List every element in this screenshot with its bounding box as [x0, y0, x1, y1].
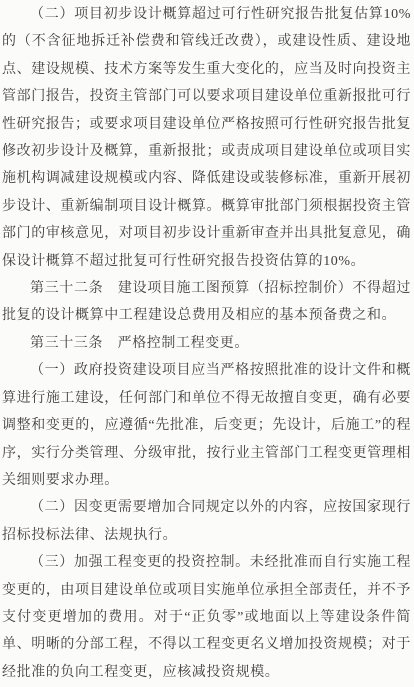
paragraph-item-3-investment-control: （三）加强工程变更的投资控制。未经批准而自行实施工程变更的，由项目建设单位或项目… [2, 549, 411, 686]
paragraph-item-2-changes-beyond-contract: （二）因变更需要增加合同规定以外的内容，应按国家现行招标投标法律、法规执行。 [2, 494, 411, 549]
paragraph-item-1-strict-construction: （一）政府投资建设项目应当严格按照批准的设计文件和概算进行施工建设，任何部门和单… [2, 357, 411, 494]
paragraph-item-2-preliminary-design-estimate: （二）项目初步设计概算超过可行性研究报告批复估算10%的（不含征地拆迁补偿费和管… [2, 1, 411, 275]
paragraph-article-33: 第三十三条 严格控制工程变更。 [2, 330, 411, 357]
document-page: （二）项目初步设计概算超过可行性研究报告批复估算10%的（不含征地拆迁补偿费和管… [0, 0, 414, 687]
paragraph-article-32: 第三十二条 建设项目施工图预算（招标控制价）不得超过批复的设计概算中工程建设总费… [2, 275, 411, 330]
